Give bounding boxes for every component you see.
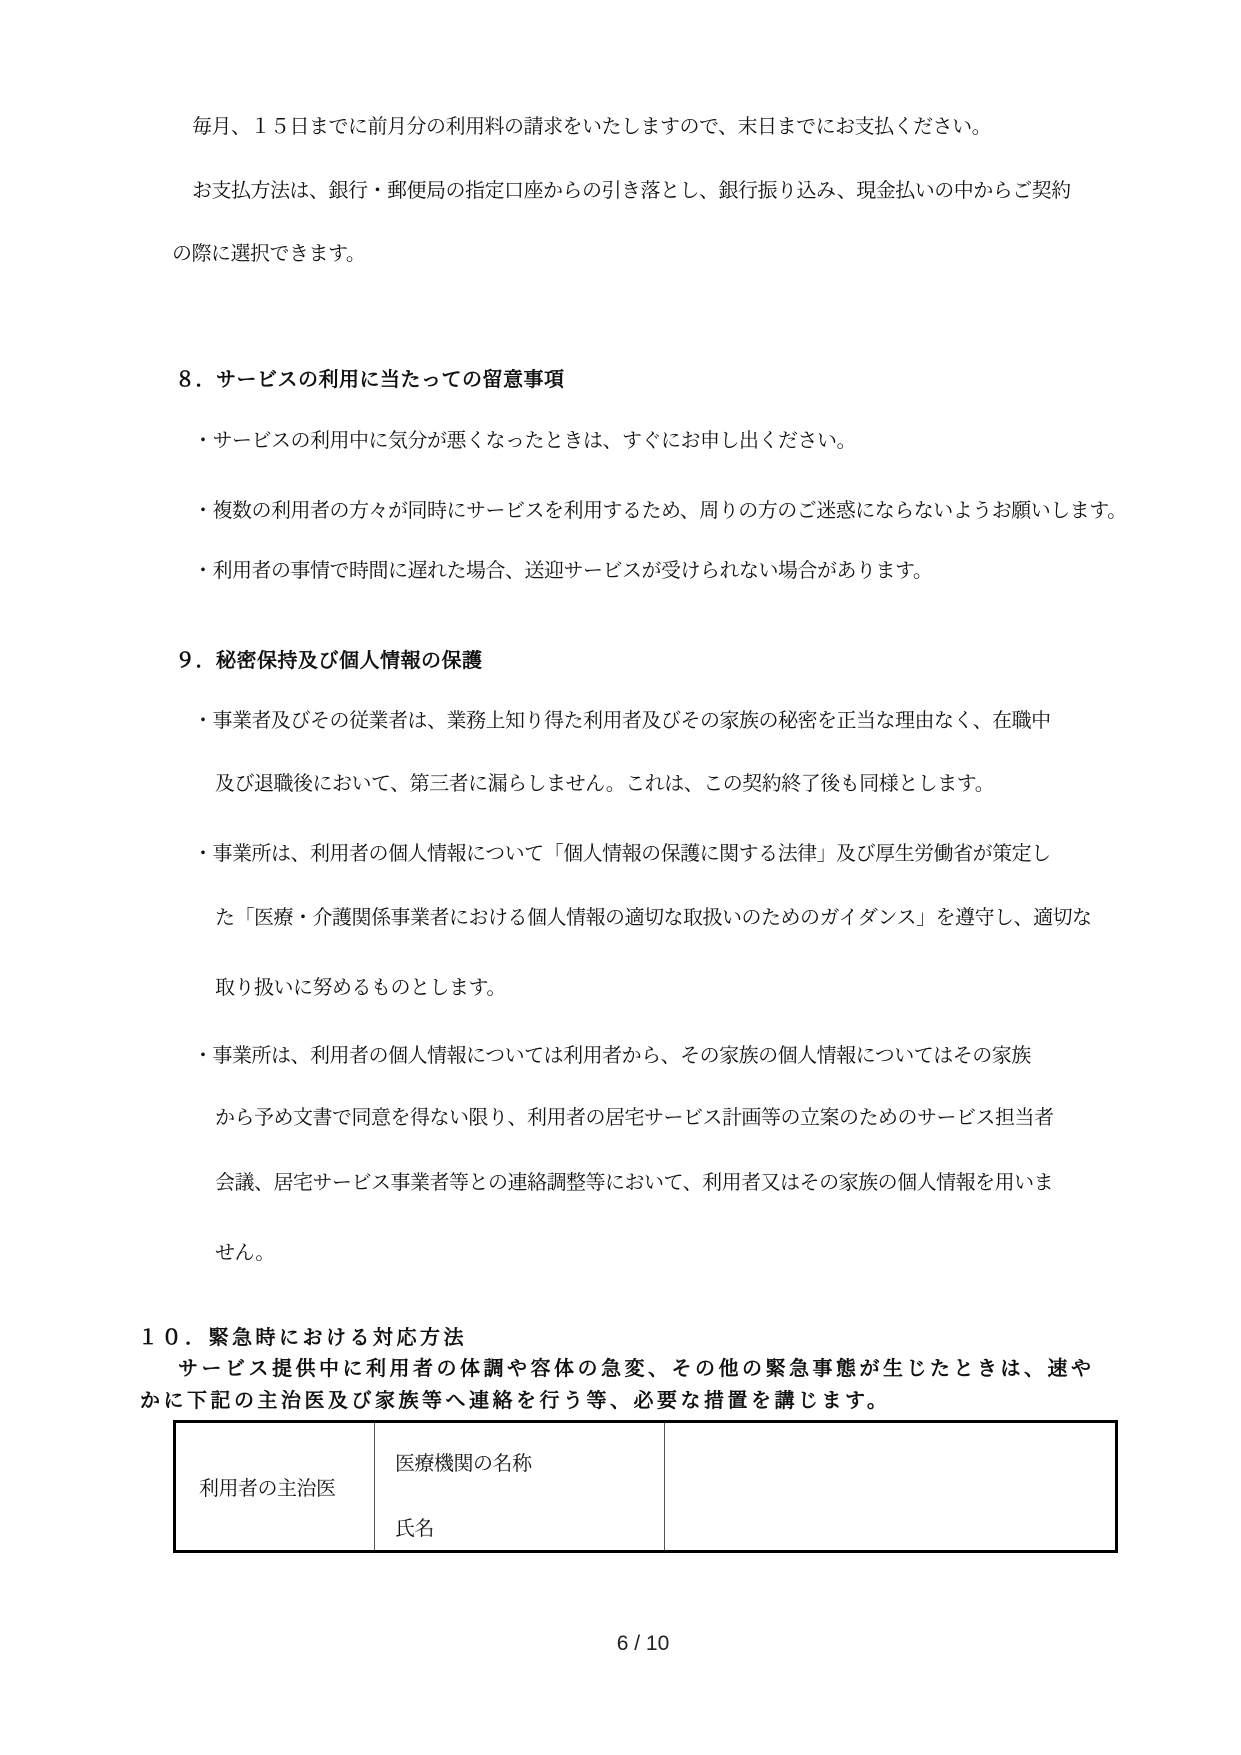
section9-bullet-line: せん。	[215, 1241, 275, 1265]
billing-line: 毎月、１５日までに前月分の利用料の請求をいたしますので、末日までにお支払ください…	[192, 115, 991, 139]
primary-doctor-table: 利用者の主治医 医療機関の名称 氏名	[173, 1420, 1118, 1553]
primary-doctor-label: 利用者の主治医	[176, 1472, 336, 1501]
section9-bullet-line: から予め文書で同意を得ない限り、利用者の居宅サービス計画等の立案のためのサービス…	[215, 1106, 1054, 1130]
section10-line: かに下記の主治医及び家族等へ連絡を行う等、必要な措置を講じます。	[140, 1389, 890, 1413]
section8-heading: ８．サービスの利用に当たっての留意事項	[175, 368, 565, 392]
document-page: 毎月、１５日までに前月分の利用料の請求をいたしますので、末日までにお支払ください…	[0, 0, 1241, 1755]
doctor-field-labels-cell: 医療機関の名称 氏名	[375, 1423, 665, 1550]
section9-bullet-line: ・事業所は、利用者の個人情報について「個人情報の保護に関する法律」及び厚生労働省…	[193, 842, 1051, 866]
section8-bullet: ・複数の利用者の方々が同時にサービスを利用するため、周りの方のご迷惑にならないよ…	[193, 499, 1127, 523]
section9-bullet-line: 及び退職後において、第三者に漏らしません。これは、この契約終了後も同様とします。	[215, 772, 994, 796]
medical-institution-label: 医療機関の名称	[395, 1447, 532, 1476]
section9-bullet-line: 会議、居宅サービス事業者等との連絡調整等において、利用者又はその家族の個人情報を…	[215, 1171, 1053, 1195]
page-number: 6 / 10	[617, 1632, 670, 1656]
billing-line: お支払方法は、銀行・郵便局の指定口座からの引き落とし、銀行振り込み、現金払いの中…	[192, 179, 1071, 203]
section9-bullet-line: ・事業所は、利用者の個人情報については利用者から、その家族の個人情報についてはそ…	[193, 1044, 1031, 1068]
section10-heading: １０．緊急時における対応方法	[138, 1326, 467, 1350]
doctor-name-label: 氏名	[395, 1512, 434, 1541]
section9-bullet-line: 取り扱いに努めるものとします。	[215, 976, 506, 1000]
doctor-value-cell	[665, 1423, 1115, 1550]
section9-bullet-line: ・事業者及びその従業者は、業務上知り得た利用者及びその家族の秘密を正当な理由なく…	[193, 709, 1051, 733]
section8-bullet: ・利用者の事情で時間に遅れた場合、送迎サービスが受けられない場合があります。	[193, 559, 932, 583]
section9-bullet-line: た「医療・介護関係事業者における個人情報の適切な取扱いのためのガイダンス」を遵守…	[215, 906, 1092, 930]
section10-line: サービス提供中に利用者の体調や容体の急変、その他の緊急事態が生じたときは、速や	[178, 1357, 1095, 1381]
section9-heading: ９．秘密保持及び個人情報の保護	[175, 649, 483, 673]
billing-line: の際に選択できます。	[172, 242, 365, 266]
section8-bullet: ・サービスの利用中に気分が悪くなったときは、すぐにお申し出ください。	[193, 429, 856, 453]
primary-doctor-header-cell: 利用者の主治医	[176, 1423, 375, 1550]
